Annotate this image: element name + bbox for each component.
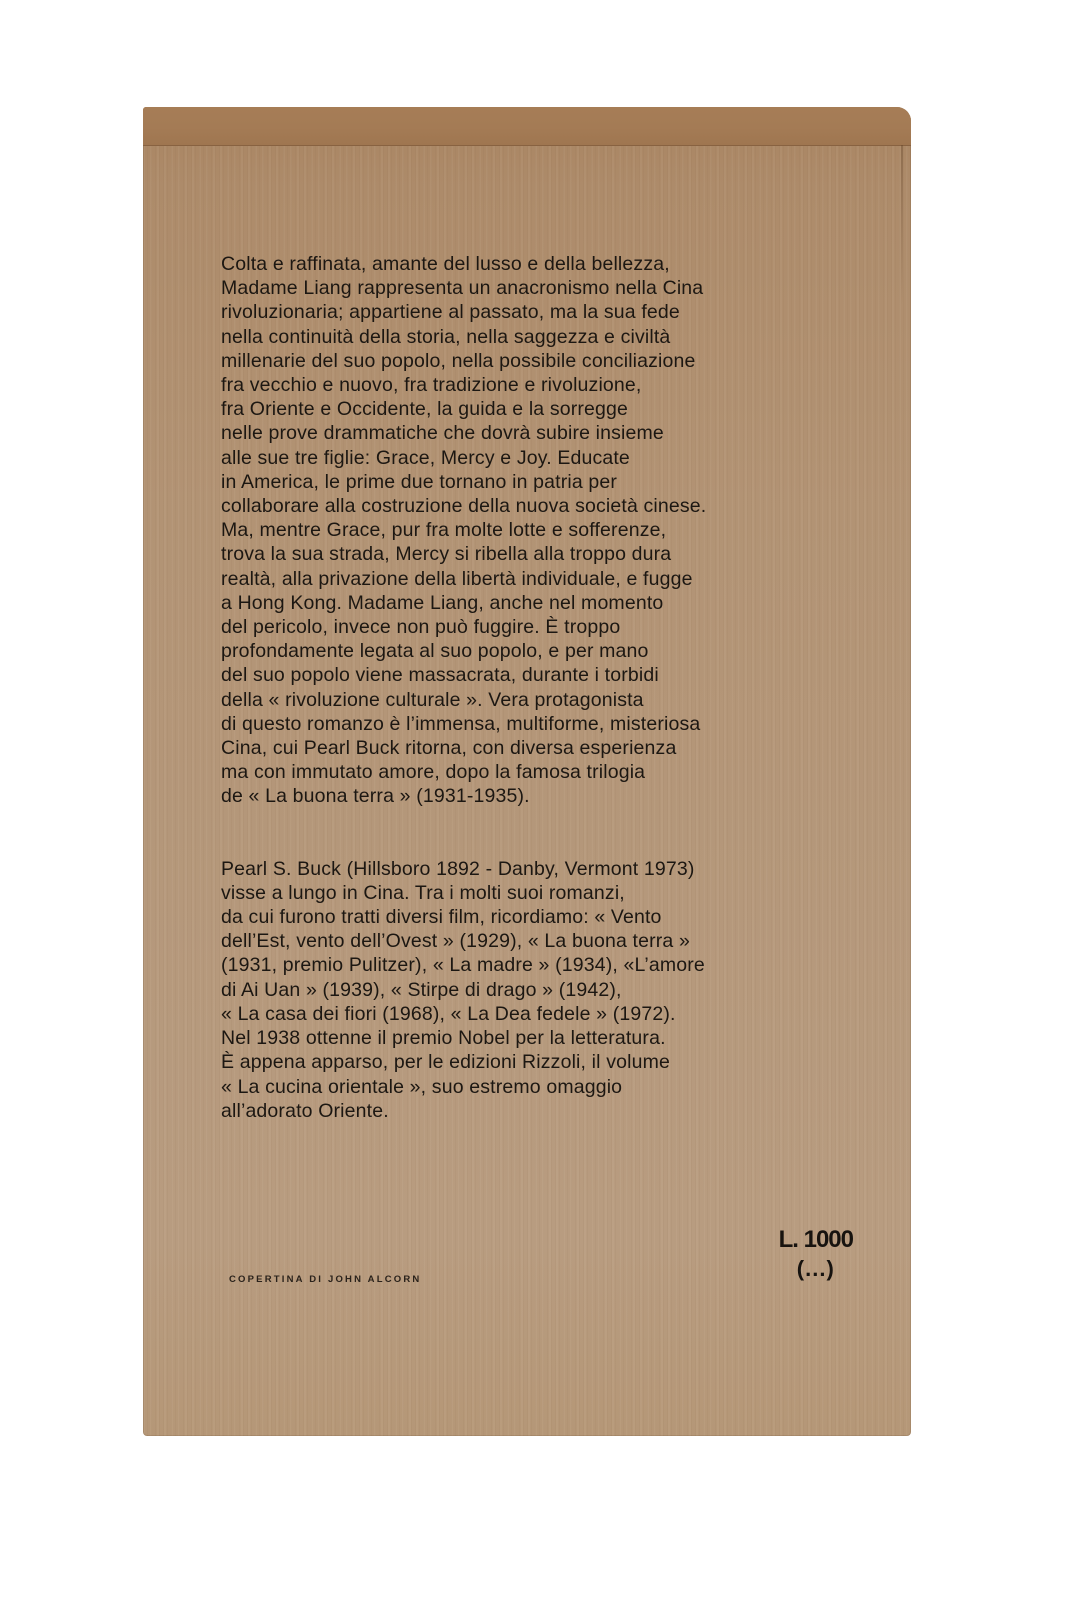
author-bio-line: Nel 1938 ottenne il premio Nobel per la … <box>221 1026 861 1050</box>
price-label: L. 1000 <box>779 1225 853 1255</box>
synopsis-line: nella continuità della storia, nella sag… <box>221 325 861 349</box>
synopsis-line: nelle prove drammatiche che dovrà subire… <box>221 421 861 445</box>
synopsis-line: alle sue tre figlie: Grace, Mercy e Joy.… <box>221 446 861 470</box>
author-bio-line: « La casa dei fiori (1968), « La Dea fed… <box>221 1002 861 1026</box>
synopsis-line: Cina, cui Pearl Buck ritorna, con divers… <box>221 736 861 760</box>
synopsis-line: profondamente legata al suo popolo, e pe… <box>221 639 861 663</box>
synopsis-line: fra vecchio e nuovo, fra tradizione e ri… <box>221 373 861 397</box>
synopsis-line: Colta e raffinata, amante del lusso e de… <box>221 252 861 276</box>
synopsis-line: collaborare alla costruzione della nuova… <box>221 494 861 518</box>
author-bio-line: dell’Est, vento dell’Ovest » (1929), « L… <box>221 929 861 953</box>
author-bio-paragraph: Pearl S. Buck (Hillsboro 1892 - Danby, V… <box>221 857 861 1123</box>
cover-crease <box>901 145 903 305</box>
synopsis-line: rivoluzionaria; appartiene al passato, m… <box>221 300 861 324</box>
author-bio-line: all’adorato Oriente. <box>221 1099 861 1123</box>
synopsis-line: del suo popolo viene massacrata, durante… <box>221 663 861 687</box>
synopsis-line: in America, le prime due tornano in patr… <box>221 470 861 494</box>
synopsis-line: del pericolo, invece non può fuggire. È … <box>221 615 861 639</box>
cover-credit: COPERTINA DI JOHN ALCORN <box>229 1274 422 1285</box>
synopsis-line: de « La buona terra » (1931-1935). <box>221 784 861 808</box>
price-note: (...) <box>779 1255 853 1283</box>
price-block: L. 1000 (...) <box>779 1225 853 1283</box>
blurb-text: Colta e raffinata, amante del lusso e de… <box>221 252 861 1123</box>
author-bio-line: di Ai Uan » (1939), « Stirpe di drago » … <box>221 978 861 1002</box>
synopsis-paragraph: Colta e raffinata, amante del lusso e de… <box>221 252 861 809</box>
synopsis-line: della « rivoluzione culturale ». Vera pr… <box>221 688 861 712</box>
author-bio-line: (1931, premio Pulitzer), « La madre » (1… <box>221 953 861 977</box>
author-bio-line: visse a lungo in Cina. Tra i molti suoi … <box>221 881 861 905</box>
synopsis-line: trova la sua strada, Mercy si ribella al… <box>221 542 861 566</box>
author-bio-line: da cui furono tratti diversi film, ricor… <box>221 905 861 929</box>
synopsis-line: a Hong Kong. Madame Liang, anche nel mom… <box>221 591 861 615</box>
synopsis-line: di questo romanzo è l’immensa, multiform… <box>221 712 861 736</box>
synopsis-line: ma con immutato amore, dopo la famosa tr… <box>221 760 861 784</box>
author-bio-line: È appena apparso, per le edizioni Rizzol… <box>221 1050 861 1074</box>
synopsis-line: fra Oriente e Occidente, la guida e la s… <box>221 397 861 421</box>
synopsis-line: millenarie del suo popolo, nella possibi… <box>221 349 861 373</box>
author-bio-line: Pearl S. Buck (Hillsboro 1892 - Danby, V… <box>221 857 861 881</box>
author-bio-line: « La cucina orientale », suo estremo oma… <box>221 1075 861 1099</box>
book-back-cover: Colta e raffinata, amante del lusso e de… <box>143 107 911 1436</box>
paragraph-gap <box>221 809 861 857</box>
cover-top-fold <box>143 107 911 146</box>
synopsis-line: Madame Liang rappresenta un anacronismo … <box>221 276 861 300</box>
synopsis-line: realtà, alla privazione della libertà in… <box>221 567 861 591</box>
synopsis-line: Ma, mentre Grace, pur fra molte lotte e … <box>221 518 861 542</box>
